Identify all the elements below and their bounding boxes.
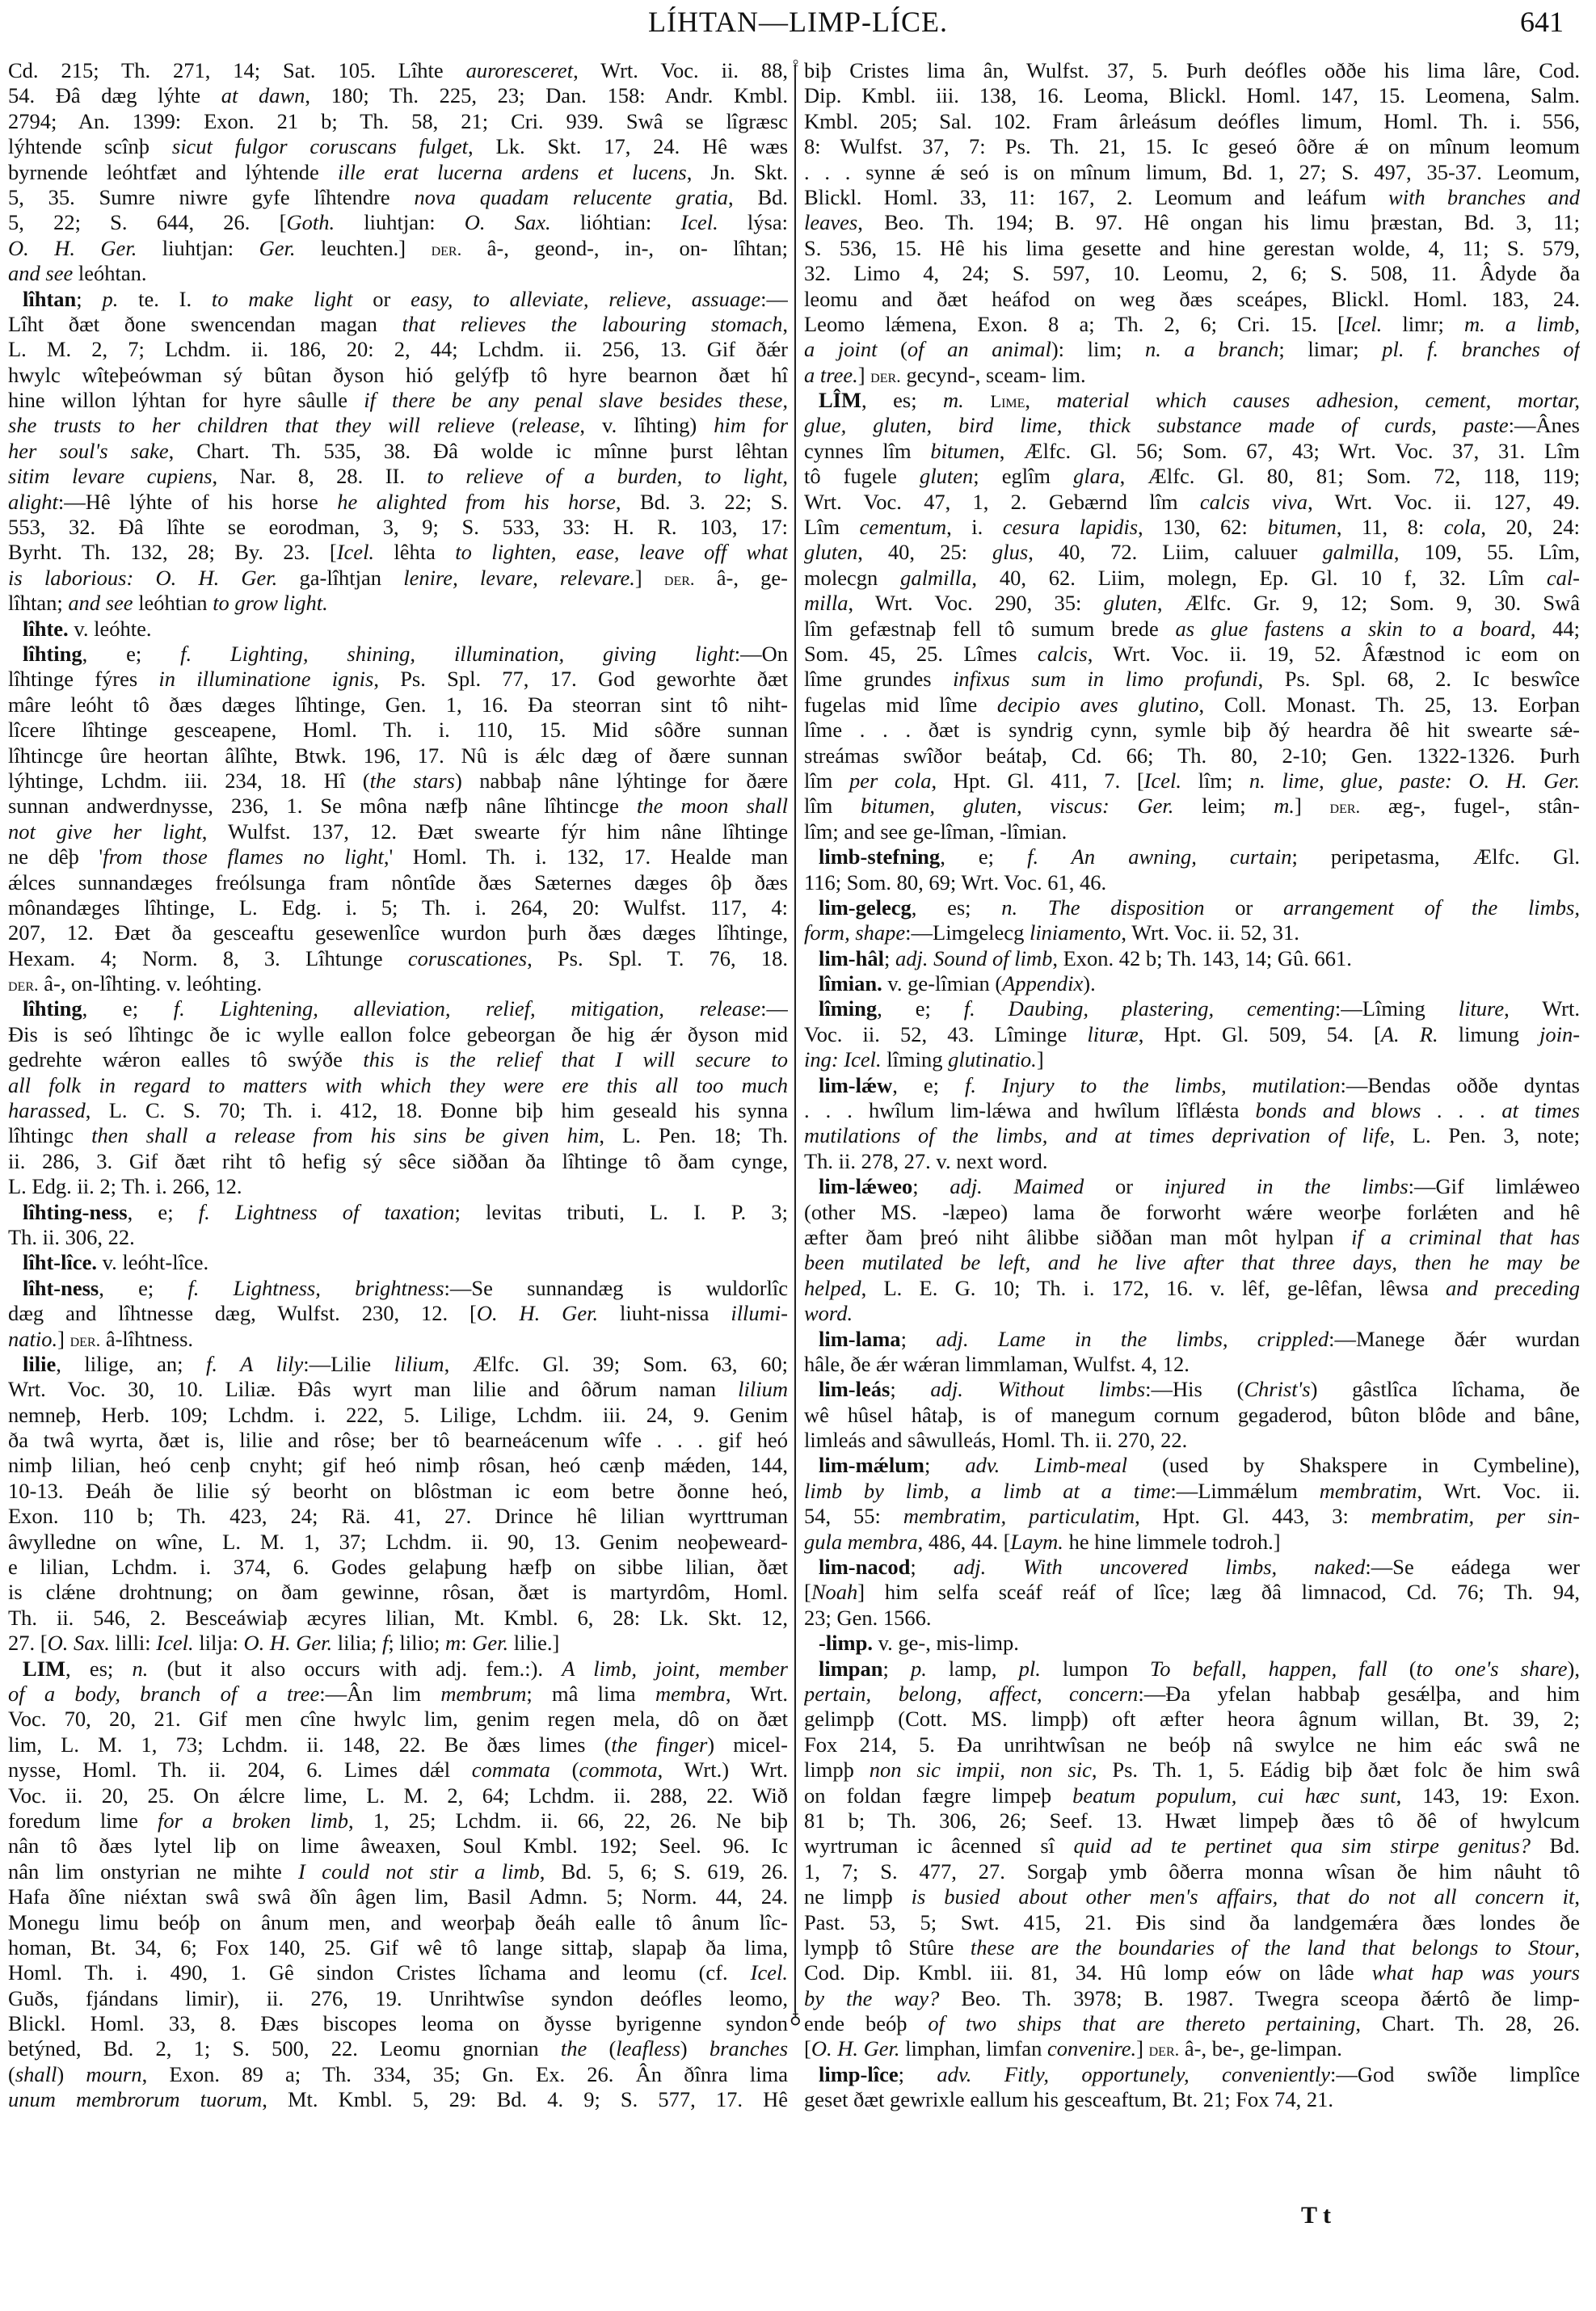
text-run: all folk in regard to matters with which… <box>8 1073 788 1097</box>
text-run: and see <box>8 261 73 285</box>
text-run: geset ðæt gewrixle eallum his gesceaftum… <box>804 2087 1333 2111</box>
text-run: , Wulfst. 137, 12. Đæt swearte fýr him n… <box>202 819 788 844</box>
text-run: , Chart. Th. 28, 26. <box>1355 2011 1580 2035</box>
headword: lîht-ness <box>23 1276 99 1300</box>
text-run: sicut fulgor coruscans fulget <box>172 134 468 158</box>
text-run: cola <box>1444 515 1481 539</box>
text-line: dæg and lîhtnesse dæg, Wulfst. 230, 12. … <box>8 1301 788 1326</box>
text-run: Past. 53, 5; Swt. 415, 21. Đis sind ða l… <box>804 1910 1580 1934</box>
text-line: 54. Đâ dæg lýhte at dawn, 180; Th. 225, … <box>8 83 788 108</box>
text-run: ne dêþ ' <box>8 844 103 869</box>
text-run: limphan, limfan <box>900 2036 1048 2061</box>
text-run: p. <box>102 287 118 311</box>
text-line: LÎM, es; m. Lime, material which causes … <box>804 388 1580 413</box>
text-run: adj. Lame in the limbs, crippled <box>936 1327 1329 1351</box>
text-run: :—Lilie <box>303 1352 394 1376</box>
text-run: v. ge-, mis-limp. <box>873 1631 1019 1655</box>
text-line: Hafa ðîne niéxtan swâ swâ ðîn âgen lim, … <box>8 1884 788 1909</box>
text-run: der. <box>664 569 695 589</box>
text-line: lim-lǽweo; adj. Maimed or injured in the… <box>804 1174 1580 1199</box>
text-run: Cd. 215; Th. 271, 14; Sat. 105. Lîhte <box>8 58 466 82</box>
text-run: adj. With uncovered limbs, naked <box>954 1555 1366 1579</box>
text-run: liniamento <box>1030 920 1121 945</box>
text-run: glus <box>992 540 1028 564</box>
text-run: ,' Homl. Th. i. 132, 17. Healde man <box>384 844 788 869</box>
text-run: ǽlces sunnandæges freólsunga fram nôntîd… <box>8 870 788 895</box>
text-run: ] him selfa sceáf reáf of lîce; læg ðâ l… <box>857 1580 1580 1604</box>
text-line: lîhtinge fýres in illuminatione ignis, P… <box>8 667 788 692</box>
text-run: glutinatio. <box>948 1047 1037 1071</box>
text-line: lýhtende scînþ sicut fulgor coruscans fu… <box>8 134 788 159</box>
text-run: Cod. Dip. Kmbl. iii. 81, 34. Hû lomp eów… <box>804 1960 1372 1985</box>
text-line: Đis is seó lîhtingc ðe ic wylle eallon f… <box>8 1022 788 1047</box>
text-run: , Nar. 8, 28. II. <box>213 464 427 488</box>
text-run: lîhtinge fýres <box>8 667 158 691</box>
text-run: lîhtincge ûre heortan âlîhte, Btwk. 196,… <box>8 743 788 768</box>
text-line: [Noah] him selfa sceáf reáf of lîce; læg… <box>804 1580 1580 1605</box>
text-run: Icel. <box>337 540 374 564</box>
headword: lîhting <box>23 642 82 666</box>
text-line: 32. Limo 4, 24; S. 597, 10. Leomu, 2, 6;… <box>804 261 1580 286</box>
text-run: Lîht ðæt ðone swencendan magan <box>8 312 402 336</box>
text-line: leaves, Beo. Th. 194; B. 97. Hê ongan hi… <box>804 210 1580 235</box>
text-run: illumi- <box>731 1301 788 1325</box>
page-header: LÍHTAN—LIMP-LÍCE. 641 <box>0 0 1596 48</box>
text-run: bonds and blows . . . at times <box>1255 1098 1580 1122</box>
text-run: byrnende leóhtfæt and lýhtende <box>8 160 338 184</box>
text-run: leóhtian <box>133 591 213 615</box>
text-run: gedrehte wǽron ealles tô swýðe <box>8 1047 363 1071</box>
text-line: by the way? Beo. Th. 3978; B. 1987. Tweg… <box>804 1986 1580 2011</box>
text-line: mâre leóht tô ðæs dæges lîhtinge, Gen. 1… <box>8 692 788 718</box>
text-run: nova quadam relucente gratia <box>414 185 728 209</box>
text-line: milla, Wrt. Voc. 290, 35: gluten, Ælfc. … <box>804 591 1580 616</box>
text-run: , Ælfc. Gl. 80, 81; Som. 72, 118, 119; <box>1120 464 1580 488</box>
text-run: hwylc wîteþeówman sý bûtan ðyson hió gel… <box>8 363 788 387</box>
text-run: helped <box>804 1276 861 1300</box>
text-run: Th. ii. 546, 2. Besceáwiaþ æcyres lilian… <box>8 1606 788 1630</box>
text-line: Hexam. 4; Norm. 8, 3. Lîhtunge coruscati… <box>8 946 788 971</box>
text-line: harassed, L. C. S. 70; Th. i. 412, 18. Đ… <box>8 1098 788 1123</box>
text-run: or <box>353 287 411 311</box>
text-run: , Hpt. Gl. 443, 3: <box>1135 1504 1371 1528</box>
text-run: der. <box>70 1330 101 1350</box>
text-line: [O. H. Ger. limphan, limfan convenire.] … <box>804 2036 1580 2061</box>
text-run: lýhtinge, Lchdm. iii. 234, 18. Hî ( <box>8 768 370 793</box>
text-line: mônandæges lîhtinge, L. Edg. i. 5; Th. i… <box>8 895 788 920</box>
text-line: 54, 55: membratim, particulatim, Hpt. Gl… <box>804 1504 1580 1529</box>
text-line: lîme . . . ðæt is syndrig cynn, symle bi… <box>804 718 1580 743</box>
text-run: leim; <box>1173 793 1274 818</box>
text-run: ende beóþ <box>804 2011 928 2035</box>
text-line: 5, 22; S. 644, 26. [Goth. liuhtjan: O. S… <box>8 210 788 235</box>
text-run: , Ps. Spl. 68, 2. Ic beswîce <box>1258 667 1580 691</box>
text-run: commata <box>472 1757 550 1782</box>
text-run: , <box>1574 1884 1580 1909</box>
text-run: lenire, levare, relevare. <box>403 566 635 590</box>
headword: lim-lama <box>819 1327 901 1351</box>
text-line: Exon. 110 b; Th. 423, 24; Rä. 41, 27. Dr… <box>8 1504 788 1529</box>
text-run: ) gâstlîca lîchama, ðe <box>1311 1377 1580 1401</box>
text-run: , L. C. S. 70; Th. i. 412, 18. Đonne biþ… <box>86 1098 788 1122</box>
text-run: 23; Gen. 1566. <box>804 1606 932 1630</box>
text-run: natio. <box>8 1327 57 1351</box>
text-run: calcis viva <box>1200 490 1308 514</box>
text-line: Byrht. Th. 132, 28; By. 23. [Icel. lêhta… <box>8 540 788 565</box>
text-run: adj. Sound of limb <box>895 946 1052 970</box>
text-run: to grow light. <box>213 591 328 615</box>
text-run: limb by limb, a limb at a time <box>804 1479 1170 1503</box>
text-run: , <box>1574 1935 1580 1960</box>
text-run: Ger. <box>472 1631 508 1655</box>
text-run: ( <box>587 2036 616 2061</box>
text-run: unum membrorum tuorum <box>8 2087 262 2111</box>
text-run: , e; <box>99 1276 187 1300</box>
text-run: Wrt. Voc. 30, 10. Liliæ. Đâs wyrt man li… <box>8 1377 738 1401</box>
text-line: hâle, ðe ǽr wǽran limmlaman, Wulfst. 4, … <box>804 1352 1580 1377</box>
text-run: of a body, branch of a tree <box>8 1682 319 1706</box>
text-run: , L. Pen. 3, note; <box>1390 1123 1580 1147</box>
text-run: tô fugele <box>804 464 920 488</box>
text-run: 10-13. Đeáh ðe lilie sý beorht on blôstm… <box>8 1479 788 1503</box>
text-run: injured in the limbs <box>1164 1174 1409 1198</box>
text-run: liuht-nissa <box>598 1301 731 1325</box>
text-run: molecgn <box>804 566 900 590</box>
text-run: gluten <box>920 464 973 488</box>
text-run: , Wrt.) Wrt. <box>658 1757 788 1782</box>
text-run: der. <box>1330 797 1361 817</box>
text-run: if a criminal that has <box>1351 1225 1580 1249</box>
text-run: , es; <box>861 388 943 412</box>
text-line: Voc. ii. 52, 43. Lîminge lituræ, Hpt. Gl… <box>804 1022 1580 1047</box>
text-run: (other MS. -læpeo) lama ðe forworht wǽre… <box>804 1200 1580 1224</box>
text-line: lim-hâl; adj. Sound of limb, Exon. 42 b;… <box>804 946 1580 971</box>
text-line: limleás and sâwulleás, Homl. Th. ii. 270… <box>804 1428 1580 1453</box>
text-run: homan, Bt. 34, 6; Fox 140, 25. Gif wê tô… <box>8 1935 788 1960</box>
text-run: membratim, particulatim <box>903 1504 1135 1528</box>
text-run: lîcere lîhtinge gesceapene, Homl. Th. i.… <box>8 718 788 742</box>
text-run: ) nabbaþ nâne lýhtinge for ðære <box>455 768 788 793</box>
text-run: ; lilio; <box>388 1631 445 1655</box>
text-line: gelimpþ (Cott. MS. limpþ) oft æfter heor… <box>804 1707 1580 1732</box>
text-run: with branches and <box>1388 185 1580 209</box>
headword: limb-stefning <box>819 844 940 869</box>
text-run: adj. Without limbs <box>930 1377 1145 1401</box>
text-run: :—Lîming <box>1335 996 1459 1021</box>
text-run: der. <box>1149 2039 1180 2060</box>
text-line: nimþ lilian, heó cenþ cnyht; gif heó nim… <box>8 1453 788 1478</box>
text-run: , Wrt. <box>1504 996 1580 1021</box>
text-run: , 11, 8: <box>1337 515 1444 539</box>
text-run: ) <box>680 2036 710 2061</box>
text-run: A limb, joint, member <box>562 1656 788 1681</box>
text-line: foredum lime for a broken limb, 1, 25; L… <box>8 1808 788 1833</box>
text-run: æfter ðam þreó niht âlibbe siððan man mô… <box>804 1225 1351 1249</box>
text-line: nân tô ðæs lytel liþ on lime âweaxen, So… <box>8 1833 788 1858</box>
text-run: lîming <box>882 1047 948 1071</box>
text-run: f. Lightening, alleviation, relief, miti… <box>174 996 760 1021</box>
text-line: 553, 32. Đâ lîhte se eorodman, 3, 9; S. … <box>8 515 788 540</box>
text-run: , Bd. 5, 6; S. 619, 26. <box>540 1859 788 1884</box>
headword: lim-leás <box>819 1377 890 1401</box>
text-line: fugelas mid lîme decipio aves glutino, C… <box>804 692 1580 718</box>
text-run: A. R. <box>1381 1022 1438 1046</box>
column-divider-rule <box>794 65 796 2012</box>
text-line: she trusts to her children that they wil… <box>8 413 788 438</box>
text-run: ; <box>899 2062 937 2086</box>
text-run: , Coll. Monast. Th. 25, 13. Eorþan <box>1198 692 1580 717</box>
text-run: alight <box>8 490 58 514</box>
text-line: Lîht ðæt ðone swencendan magan that reli… <box>8 312 788 337</box>
text-run: of an animal <box>907 337 1051 361</box>
text-run: harassed <box>8 1098 86 1122</box>
text-run: to relieve of a burden, to light, <box>427 464 788 488</box>
text-run: , Exon. 89 a; Th. 334, 35; Gn. Ex. 26. Â… <box>142 2062 788 2086</box>
text-run: hâle, ðe ǽr wǽran limmlaman, Wulfst. 4, … <box>804 1352 1190 1376</box>
text-run: Homl. Th. i. 490, 1. Gê sindon Cristes l… <box>8 1960 751 1985</box>
headword: limpan <box>819 1656 883 1681</box>
text-run: leaves <box>804 210 857 234</box>
text-run: lîm gefæstnaþ fell tô sumum brede <box>804 617 1175 641</box>
text-run: :—Bendas oððe dyntas <box>1341 1073 1581 1097</box>
text-line: -limp. v. ge-, mis-limp. <box>804 1631 1580 1656</box>
text-run: Ger. <box>259 236 296 260</box>
text-run: , L. E. G. 10; Th. i. 172, 16. v. lêf, g… <box>861 1276 1446 1300</box>
text-run: adj. Maimed <box>950 1174 1084 1198</box>
text-line: all folk in regard to matters with which… <box>8 1073 788 1098</box>
text-run: lióhtian: <box>551 210 681 234</box>
text-line: . . . hwîlum lim-lǽwa and hwîlum lîflǽst… <box>804 1098 1580 1123</box>
text-run: [ <box>804 1580 811 1604</box>
headword: lim-lǽweo <box>819 1174 912 1198</box>
text-run: lim, L. M. 1, 73; Lchdm. ii. 148, 22. Be… <box>8 1732 611 1757</box>
text-run: easy, to alleviate, relieve, assuage <box>411 287 760 311</box>
text-line: Wrt. Voc. 30, 10. Liliæ. Đâs wyrt man li… <box>8 1377 788 1402</box>
text-run: limung <box>1438 1022 1539 1046</box>
text-run: galmilla <box>1323 540 1394 564</box>
text-line: streámas swîðor beátaþ, Cd. 66; Th. 80, … <box>804 743 1580 768</box>
text-run: ( <box>877 337 907 361</box>
text-run: m. <box>943 388 964 412</box>
text-run: if there be any penal slave besides thes… <box>364 388 788 412</box>
text-run: 553, 32. Đâ lîhte se eorodman, 3, 9; S. … <box>8 515 788 539</box>
text-line: 23; Gen. 1566. <box>804 1606 1580 1631</box>
text-line: lîm; and see ge-lîman, -lîmian. <box>804 819 1580 844</box>
text-run: Voc. ii. 52, 43. Lîminge <box>804 1022 1087 1046</box>
text-run: that relieves the labouring stomach <box>402 312 783 336</box>
text-run: , 20, 24: <box>1480 515 1580 539</box>
text-line: ne dêþ 'from those flames no light,' Hom… <box>8 844 788 869</box>
text-run: 54. Đâ dæg lýhte <box>8 83 221 107</box>
text-run: lîm <box>804 768 849 793</box>
text-line: der. â-, on-lîhting. v. leóhting. <box>8 971 788 996</box>
text-line: tô fugele gluten; eglîm glara, Ælfc. Gl.… <box>804 464 1580 489</box>
text-run: æg-, fugel-, stân- <box>1360 793 1580 818</box>
text-line: Kmbl. 205; Sal. 102. Fram ârleásum deófl… <box>804 109 1580 134</box>
text-line: natio.] der. â-lîhtness. <box>8 1327 788 1352</box>
text-line: 8: Wulfst. 37, 7: Ps. Th. 21, 15. Ic ges… <box>804 134 1580 159</box>
text-run: , 130, 62: <box>1138 515 1267 539</box>
text-run: â-, geond-, in-, on- lîhtan; <box>461 236 788 260</box>
text-run: Guðs, fjándans limir), ii. 276, 19. Unri… <box>8 1986 788 2010</box>
text-run: f. An awning, curtain <box>1027 844 1291 869</box>
text-line: O. H. Ger. liuhtjan: Ger. leuchten.] der… <box>8 236 788 261</box>
text-run: join- <box>1539 1022 1580 1046</box>
text-run: , i. <box>946 515 1003 539</box>
text-line: Blickl. Homl. 33, 8. Đæs biscopes leoma … <box>8 2011 788 2036</box>
text-run: m <box>445 1631 461 1655</box>
text-run: by the way? <box>804 1986 939 2010</box>
text-line: S. 536, 15. Hê his lima gesette and hine… <box>804 236 1580 261</box>
text-line: lim, L. M. 1, 73; Lchdm. ii. 148, 22. Be… <box>8 1732 788 1757</box>
text-line: Monegu limu beóþ on ânum men, and weorþa… <box>8 1910 788 1935</box>
running-head: LÍHTAN—LIMP-LÍCE. <box>0 5 1596 39</box>
text-run: cal- <box>1547 566 1580 590</box>
text-run: gluten <box>804 540 857 564</box>
text-run: then shall a release from his sins be gi… <box>91 1123 599 1147</box>
text-line: limb-stefning, e; f. An awning, curtain;… <box>804 844 1580 869</box>
text-run: , 1, 25; Lchdm. ii. 66, 22, 26. Ne biþ <box>348 1808 788 1833</box>
text-run: lituræ <box>1087 1022 1138 1046</box>
text-run: pl. f. branches of <box>1382 337 1580 361</box>
text-line: Blickl. Homl. 33, 11: 167, 2. Leomum and… <box>804 185 1580 210</box>
text-line: 81 b; Th. 306, 26; Seef. 13. Hwæt limpeþ… <box>804 1808 1580 1833</box>
text-run: 54, 55: <box>804 1504 903 1528</box>
text-run: mourn <box>86 2062 141 2086</box>
text-run: Noah <box>811 1580 857 1604</box>
text-run: , v. lîhting) <box>579 413 714 437</box>
text-line: ne limpþ is busied about other men's aff… <box>804 1884 1580 1909</box>
text-run: n. <box>133 1656 149 1681</box>
text-run: , 44; <box>1531 617 1580 641</box>
text-line: 1, 7; S. 477, 27. Sorgaþ ymb ôðerra monn… <box>804 1859 1580 1884</box>
text-run: Hafa ðîne niéxtan swâ swâ ðîn âgen lim, … <box>8 1884 788 1909</box>
text-line: Past. 53, 5; Swt. 415, 21. Đis sind ða l… <box>804 1910 1580 1935</box>
text-run: Fox 214, 5. Đa unrihtwîsan ne beóþ nâ sw… <box>804 1732 1580 1757</box>
text-run: , e; <box>892 1073 965 1097</box>
text-line: a tree.] der. gecynd-, sceam- lim. <box>804 363 1580 388</box>
text-run: O. H. Ger. <box>243 1631 332 1655</box>
text-run: Laym. <box>1010 1530 1063 1554</box>
text-run: is laborious: O. H. Ger. <box>8 566 277 590</box>
text-run: in illuminatione ignis <box>158 667 373 691</box>
text-line: lympþ tô Stûre these are the boundaries … <box>804 1935 1580 1960</box>
text-run: Th. ii. 278, 27. v. next word. <box>804 1149 1048 1173</box>
text-run: per cola <box>849 768 932 793</box>
text-run: f. Injury to the limbs, mutilation <box>965 1073 1341 1097</box>
text-run: :—Se eádega wer <box>1365 1555 1580 1579</box>
text-run: 2794; An. 1399: Exon. 21 b; Th. 58, 21; … <box>8 109 788 133</box>
text-run: material which causes adhesion, cement, … <box>1057 388 1580 412</box>
text-run: is busied about other men's affairs, tha… <box>912 1884 1575 1909</box>
text-run: to make light <box>212 287 353 311</box>
text-run: these are the boundaries of the land tha… <box>971 1935 1575 1960</box>
text-run: lumpon <box>1041 1656 1150 1681</box>
text-line: lilie, lilige, an; f. A lily:—Lilie lili… <box>8 1352 788 1377</box>
text-line: LIM, es; n. (but it also occurs with adj… <box>8 1656 788 1682</box>
text-line: limpþ non sic impii, non sic, Ps. Th. 1,… <box>804 1757 1580 1783</box>
text-run: â-lîhtness. <box>100 1327 193 1351</box>
text-run: m. a limb, <box>1464 312 1580 336</box>
text-run: coruscationes <box>408 946 527 970</box>
text-run: lilium <box>738 1377 788 1401</box>
text-run: :—Hê lýhte of his horse <box>58 490 337 514</box>
text-run: quid ad te pertinet qua sim stirpe genit… <box>1073 1833 1531 1858</box>
headword: lîhte. <box>23 617 69 641</box>
text-run: :— <box>760 287 788 311</box>
text-line: 10-13. Đeáh ðe lilie sý beorht on blôstm… <box>8 1479 788 1504</box>
text-line: . . . synne ǽ seó is on mînum limum, Bd.… <box>804 160 1580 185</box>
text-run: ; <box>76 287 102 311</box>
text-run: wê hûsel hâtaþ, is of manegum cornum geg… <box>804 1403 1580 1427</box>
page-number: 641 <box>1520 5 1564 39</box>
text-run: . . . synne ǽ seó is on mînum limum, Bd.… <box>804 160 1580 184</box>
text-run: ða twâ wyrta, ðæt is, lilie and rôse; be… <box>8 1428 788 1452</box>
text-run: Lîm <box>804 515 860 539</box>
text-run: Wrt. Voc. 47, 1, 2. Gebærnd lîm <box>804 490 1200 514</box>
text-line: pertain, belong, affect, concern:—Đa yfe… <box>804 1682 1580 1707</box>
text-line: 207, 12. Đæt ða gesceaftu gesewenlîce wu… <box>8 920 788 945</box>
text-run: membratim <box>1320 1479 1417 1503</box>
headword: lim-gelecg <box>819 895 912 920</box>
text-line: mutilations of the limbs, and at times d… <box>804 1123 1580 1148</box>
text-run: L. Edg. ii. 2; Th. i. 266, 12. <box>8 1174 242 1198</box>
text-line: lîming, e; f. Daubing, plastering, cemen… <box>804 996 1580 1021</box>
text-run: n. lime, glue, paste: O. H. Ger. <box>1249 768 1580 793</box>
text-run: betýned, Bd. 2, 1; S. 500, 22. Leomu gno… <box>8 2036 561 2061</box>
text-run: f. Lightness, brightness <box>187 1276 444 1300</box>
text-run: S. 536, 15. Hê his lima gesette and hine… <box>804 236 1580 260</box>
text-line: hine willon lýhtan for hyre sâulle if th… <box>8 388 788 413</box>
headword: lim-nacod <box>819 1555 910 1579</box>
text-run: n. The disposition <box>1001 895 1204 920</box>
text-run: âwylledne on wîne, L. M. 1, 37; Lchdm. i… <box>8 1530 788 1554</box>
text-run: , e; <box>128 1200 199 1224</box>
text-run: cynnes lîm <box>804 439 930 463</box>
text-run: , L. Pen. 18; Th. <box>599 1123 788 1147</box>
text-run: ; <box>924 1453 965 1477</box>
text-line: limpan; p. lamp, pl. lumpon To befall, h… <box>804 1656 1580 1682</box>
text-run: ) <box>57 2062 86 2086</box>
text-run: O. H. Ger. <box>8 236 137 260</box>
text-run: I could not stir a limb <box>298 1859 540 1884</box>
text-run: what hap was yours <box>1372 1960 1580 1985</box>
text-run: bitumen, gluten, viscus: Ger. <box>861 793 1173 818</box>
text-line: lim-gelecg, es; n. The disposition or ar… <box>804 895 1580 920</box>
text-run: e lilian, Lchdm. i. 374, 6. Godes gelaþu… <box>8 1555 788 1579</box>
text-run: f. Lightness of taxation <box>199 1200 455 1224</box>
text-run: bitumen <box>1267 515 1336 539</box>
text-line: her soul's sake, Chart. Th. 535, 38. Đâ … <box>8 439 788 464</box>
text-run: , Wrt. Voc. ii. 127, 49. <box>1308 490 1580 514</box>
text-run: pertain, belong, affect, concern <box>804 1682 1138 1706</box>
text-line: form, shape:—Limgelecg liniamento, Wrt. … <box>804 920 1580 945</box>
text-run: a tree. <box>804 363 858 387</box>
text-run: glara <box>1073 464 1119 488</box>
text-run: ] <box>1136 2036 1148 2061</box>
headword: -limp. <box>819 1631 873 1655</box>
text-line: Wrt. Voc. 47, 1, 2. Gebærnd lîm calcis v… <box>804 490 1580 515</box>
text-line: byrnende leóhtfæt and lýhtende ille erat… <box>8 160 788 185</box>
text-line: (other MS. -læpeo) lama ðe forworht wǽre… <box>804 1200 1580 1225</box>
text-run: , <box>1025 388 1056 412</box>
text-run: of two ships that are thereto pertaining <box>928 2011 1355 2035</box>
text-run: To befall, happen, fall <box>1150 1656 1388 1681</box>
text-run: :—God swîðe limplîce <box>1330 2062 1580 2086</box>
left-column: Cd. 215; Th. 271, 14; Sat. 105. Lîhte au… <box>8 58 788 2113</box>
text-run: not give her light <box>8 819 202 844</box>
text-line: lîhting, e; f. Lighting, shining, illumi… <box>8 642 788 667</box>
